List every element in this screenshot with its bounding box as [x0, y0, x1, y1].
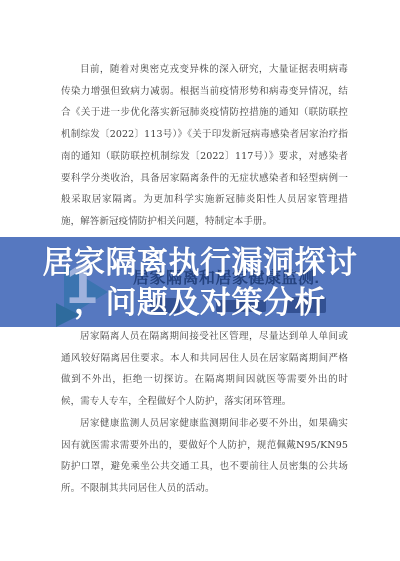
- body-paragraph-block: 居家隔离人员在隔离期间接受社区管理，尽量达到单人单间或通风较好隔离居住要求。本人…: [61, 326, 348, 500]
- page-title-line2: ，问题及对策分析: [74, 285, 326, 320]
- document-page: 目前，随着对奥密克戎变异株的深入研究，大量证据表明病毒传染力增强但致病力减弱。根…: [0, 0, 400, 561]
- paragraph-home-quarantine: 居家隔离人员在隔离期间接受社区管理，尽量达到单人单间或通风较好隔离居住要求。本人…: [61, 326, 348, 413]
- paragraph-intro: 目前，随着对奥密克戎变异株的深入研究，大量证据表明病毒传染力增强但致病力减弱。根…: [61, 59, 348, 233]
- title-banner: 1 居家隔离和居家健康监测. 居家隔离执行漏洞探讨 ，问题及对策分析: [0, 237, 400, 327]
- page-title-line1: 居家隔离执行漏洞探讨: [43, 245, 358, 280]
- intro-paragraph-block: 目前，随着对奥密克戎变异株的深入研究，大量证据表明病毒传染力增强但致病力减弱。根…: [61, 59, 348, 233]
- paragraph-health-monitoring: 居家健康监测人员居家健康监测期间非必要不外出，如果确实因有就医需求需要外出的，要…: [61, 413, 348, 500]
- page-title: 居家隔离执行漏洞探讨 ，问题及对策分析: [0, 243, 400, 323]
